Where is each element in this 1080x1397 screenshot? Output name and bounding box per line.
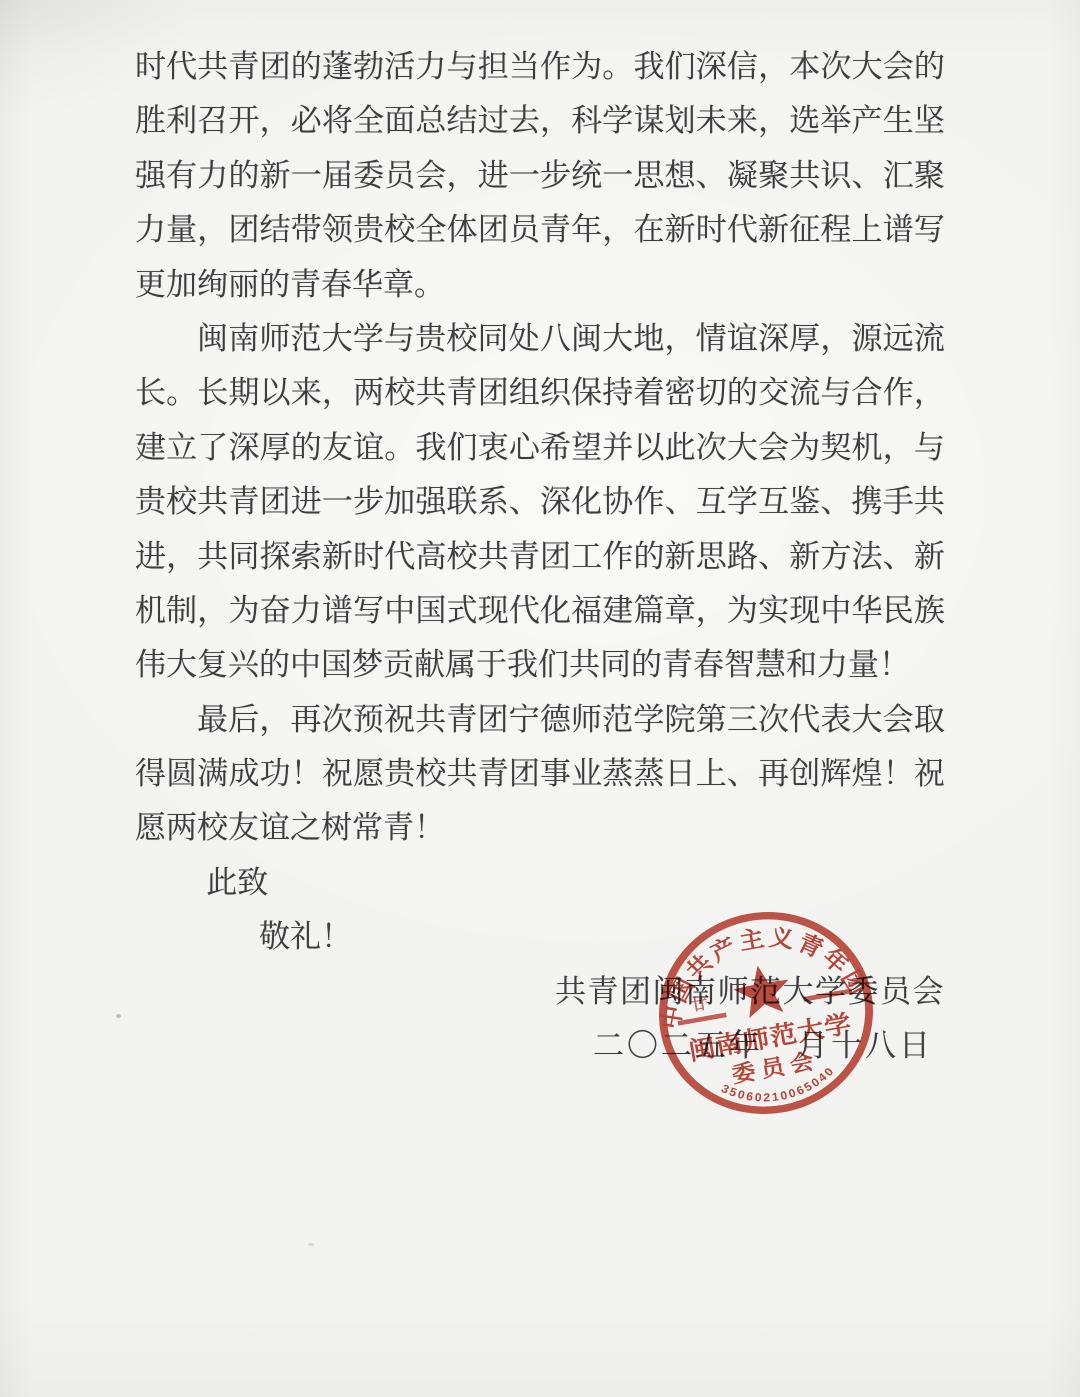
body-line-2: 胜利召开，必将全面总结过去，科学谋划未来，选举产生坚 xyxy=(135,94,945,148)
stamp-side-mark: 廿 xyxy=(689,995,708,1015)
body-line-9: 贵校共青团进一步加强联系、深化协作、互学互鉴、携手共 xyxy=(135,475,945,529)
body-line-3: 强有力的新一届委员会，进一步统一思想、凝聚共识、汇聚 xyxy=(135,149,945,203)
body-line-4: 力量，团结带领贵校全体团员青年，在新时代新征程上谱写 xyxy=(135,203,945,257)
official-seal-stamp: 中国共产主义青年团 廿 闽南师范大学 委员会 35060210065040 xyxy=(631,883,902,1143)
body-line-13: 最后，再次预祝共青团宁德师范学院第三次代表大会取 xyxy=(135,693,945,747)
body-line-12: 伟大复兴的中国梦贡献属于我们共同的青春智慧和力量！ xyxy=(135,638,945,692)
body-line-6: 闽南师范大学与贵校同处八闽大地，情谊深厚，源远流 xyxy=(135,312,945,366)
seal-svg: 中国共产主义青年团 廿 闽南师范大学 委员会 35060210065040 xyxy=(631,883,902,1143)
stamp-bar-right xyxy=(803,989,852,1002)
body-line-10: 进，共同探索新时代高校共青团工作的新思路、新方法、新 xyxy=(135,530,945,584)
scan-speck xyxy=(116,1014,121,1018)
body-line-7: 长。长期以来，两校共青团组织保持着密切的交流与合作， xyxy=(135,366,945,420)
body-line-1: 时代共青团的蓬勃活力与担当作为。我们深信，本次大会的 xyxy=(135,40,945,94)
star-icon xyxy=(730,961,794,1020)
body-line-5: 更加绚丽的青春华章。 xyxy=(135,258,945,312)
body-line-8: 建立了深厚的友谊。我们衷心希望并以此次大会为契机，与 xyxy=(135,421,945,475)
scanned-letter-page: 时代共青团的蓬勃活力与担当作为。我们深信，本次大会的胜利召开，必将全面总结过去，… xyxy=(0,0,1080,1397)
scan-speck xyxy=(308,1243,314,1246)
body-line-15: 愿两校友谊之树常青！ xyxy=(135,801,945,855)
body-line-14: 得圆满成功！祝愿贵校共青团事业蒸蒸日上、再创辉煌！祝 xyxy=(135,747,945,801)
body-line-11: 机制，为奋力谱写中国式现代化福建篇章，为实现中华民族 xyxy=(135,584,945,638)
